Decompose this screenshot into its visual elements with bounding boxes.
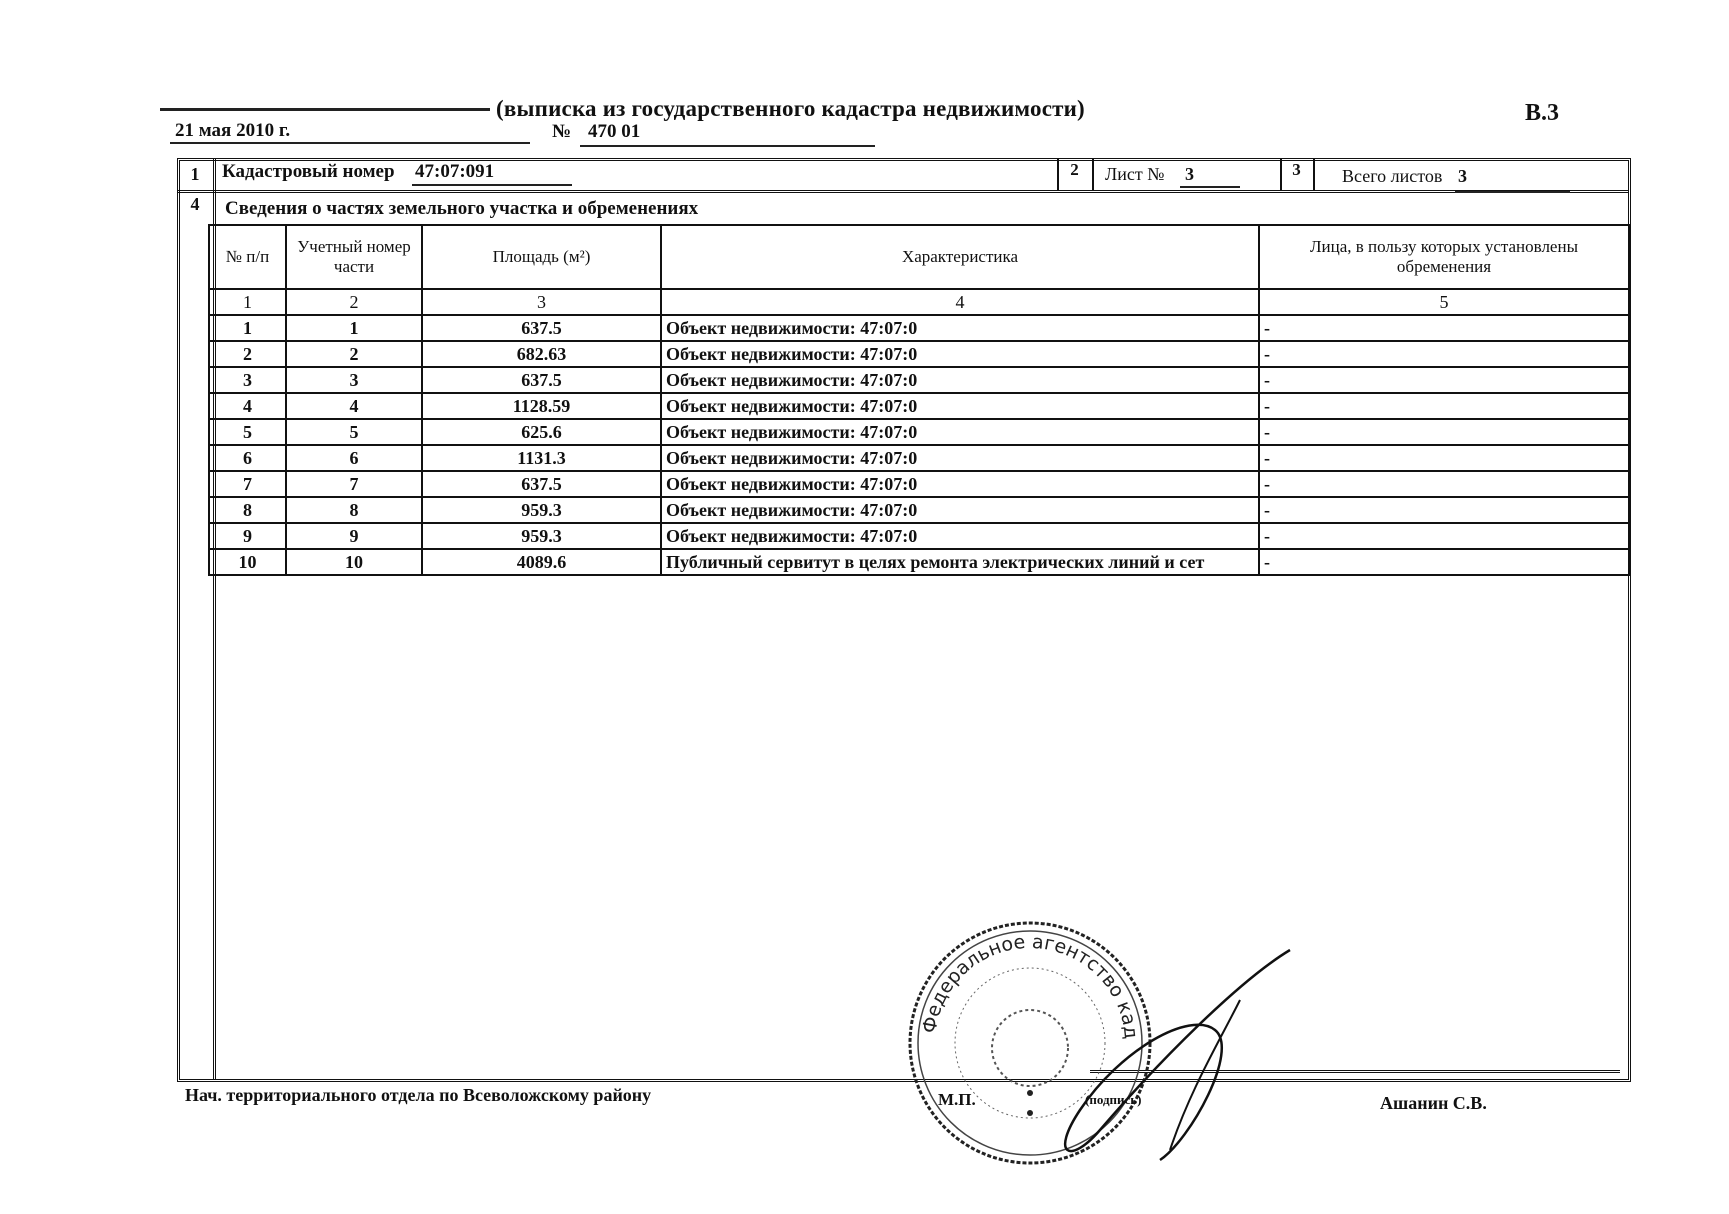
cadastral-underline bbox=[412, 184, 572, 186]
characteristic-cell: Объект недвижимости: 47:07:0 bbox=[661, 523, 1259, 549]
section-title: Сведения о частях земельного участка и о… bbox=[225, 198, 698, 220]
column-number: 2 bbox=[286, 289, 422, 315]
beneficiary-cell: - bbox=[1259, 471, 1629, 497]
row1-divider bbox=[177, 190, 1628, 193]
index-cell: 6 bbox=[209, 445, 286, 471]
beneficiary-cell: - bbox=[1259, 419, 1629, 445]
signer-position: Нач. территориального отдела по Всеволож… bbox=[185, 1085, 651, 1106]
index-cell: 2 bbox=[209, 341, 286, 367]
table-row: 441128.59Объект недвижимости: 47:07:0- bbox=[209, 393, 1629, 419]
index-cell: 9 bbox=[209, 523, 286, 549]
table-row: 22682.63Объект недвижимости: 47:07:0- bbox=[209, 341, 1629, 367]
sheet-index: 2 bbox=[1057, 160, 1092, 180]
beneficiary-cell: - bbox=[1259, 393, 1629, 419]
part-number-cell: 6 bbox=[286, 445, 422, 471]
beneficiary-cell: - bbox=[1259, 315, 1629, 341]
characteristic-cell: Объект недвижимости: 47:07:0 bbox=[661, 393, 1259, 419]
redacted-area bbox=[948, 523, 1259, 549]
document-number-label: № bbox=[552, 121, 571, 143]
total-index: 3 bbox=[1280, 160, 1313, 180]
part-number-cell: 4 bbox=[286, 393, 422, 419]
table-row: 11637.5Объект недвижимости: 47:07:0- bbox=[209, 315, 1629, 341]
part-number-cell: 10 bbox=[286, 549, 422, 575]
characteristic-cell: Объект недвижимости: 47:07:0 bbox=[661, 419, 1259, 445]
redacted-area bbox=[948, 367, 1259, 393]
beneficiary-cell: - bbox=[1259, 445, 1629, 471]
beneficiary-cell: - bbox=[1259, 367, 1629, 393]
signature-icon bbox=[1040, 940, 1300, 1170]
area-cell: 637.5 bbox=[422, 315, 661, 341]
header-part-number: Учетный номер части bbox=[286, 225, 422, 289]
divider bbox=[1092, 158, 1094, 190]
characteristic-cell: Объект недвижимости: 47:07:0 bbox=[661, 445, 1259, 471]
area-cell: 625.6 bbox=[422, 419, 661, 445]
index-cell: 1 bbox=[209, 315, 286, 341]
column-number: 4 bbox=[661, 289, 1259, 315]
cadastral-number: 47:07:091 bbox=[415, 161, 494, 183]
document-date: 21 мая 2010 г. bbox=[175, 120, 290, 142]
total-sheets: 3 bbox=[1458, 166, 1467, 187]
table-row: 661131.3Объект недвижимости: 47:07:0- bbox=[209, 445, 1629, 471]
document-number: 470 01 bbox=[588, 121, 640, 143]
column-number: 5 bbox=[1259, 289, 1629, 315]
parts-table: № п/п Учетный номер части Площадь (м²) Х… bbox=[208, 224, 1630, 576]
area-cell: 959.3 bbox=[422, 523, 661, 549]
part-number-cell: 2 bbox=[286, 341, 422, 367]
characteristic-cell: Объект недвижимости: 47:07:0 bbox=[661, 315, 1259, 341]
total-sheets-label: Всего листов bbox=[1342, 166, 1442, 187]
area-cell: 682.63 bbox=[422, 341, 661, 367]
characteristic-cell: Объект недвижимости: 47:07:0 bbox=[661, 471, 1259, 497]
redacted-area bbox=[948, 315, 1259, 341]
document-title: (выписка из государственного кадастра не… bbox=[160, 96, 1410, 122]
beneficiary-cell: - bbox=[1259, 523, 1629, 549]
characteristic-cell: Публичный сервитут в целях ремонта элект… bbox=[661, 549, 1259, 575]
index-cell: 10 bbox=[209, 549, 286, 575]
area-cell: 959.3 bbox=[422, 497, 661, 523]
part-number-cell: 3 bbox=[286, 367, 422, 393]
redacted-area bbox=[948, 471, 1259, 497]
section4-index: 4 bbox=[177, 194, 213, 215]
index-cell: 7 bbox=[209, 471, 286, 497]
table-row: 10104089.6Публичный сервитут в целях рем… bbox=[209, 549, 1629, 575]
table-row: 99959.3Объект недвижимости: 47:07:0- bbox=[209, 523, 1629, 549]
redacted-area bbox=[948, 419, 1259, 445]
part-number-cell: 1 bbox=[286, 315, 422, 341]
table-row: 88959.3Объект недвижимости: 47:07:0- bbox=[209, 497, 1629, 523]
form-code: В.3 bbox=[1525, 100, 1559, 127]
table-row: 33637.5Объект недвижимости: 47:07:0- bbox=[209, 367, 1629, 393]
column-number-row: 1 2 3 4 5 bbox=[209, 289, 1629, 315]
column-number: 3 bbox=[422, 289, 661, 315]
beneficiary-cell: - bbox=[1259, 497, 1629, 523]
header-characteristic: Характеристика bbox=[661, 225, 1259, 289]
area-cell: 637.5 bbox=[422, 471, 661, 497]
sheet-number: 3 bbox=[1185, 164, 1194, 185]
document-title-text: (выписка из государственного кадастра не… bbox=[496, 96, 1085, 121]
sheet-underline bbox=[1180, 186, 1240, 188]
sheet-number-label: Лист № bbox=[1105, 164, 1164, 185]
number-underline bbox=[580, 145, 875, 147]
date-underline bbox=[170, 142, 530, 144]
stamp-place-label: М.П. bbox=[938, 1090, 976, 1110]
index-cell: 4 bbox=[209, 393, 286, 419]
total-underline bbox=[1455, 191, 1570, 193]
table-row: 55625.6Объект недвижимости: 47:07:0- bbox=[209, 419, 1629, 445]
index-cell: 8 bbox=[209, 497, 286, 523]
characteristic-cell: Объект недвижимости: 47:07:0 bbox=[661, 341, 1259, 367]
cadastral-number-label: Кадастровый номер bbox=[222, 161, 395, 183]
characteristic-cell: Объект недвижимости: 47:07:0 bbox=[661, 497, 1259, 523]
area-cell: 637.5 bbox=[422, 367, 661, 393]
part-number-cell: 7 bbox=[286, 471, 422, 497]
redacted-area bbox=[948, 341, 1259, 367]
part-number-cell: 5 bbox=[286, 419, 422, 445]
divider bbox=[1313, 158, 1315, 190]
signature-label: (подпись) bbox=[1085, 1092, 1141, 1108]
table-header-row: № п/п Учетный номер части Площадь (м²) Х… bbox=[209, 225, 1629, 289]
index-cell: 5 bbox=[209, 419, 286, 445]
characteristic-cell: Объект недвижимости: 47:07:0 bbox=[661, 367, 1259, 393]
signer-name: Ашанин С.В. bbox=[1380, 1093, 1487, 1114]
part-number-cell: 8 bbox=[286, 497, 422, 523]
beneficiary-cell: - bbox=[1259, 341, 1629, 367]
title-obscured-part bbox=[160, 98, 490, 111]
part-number-cell: 9 bbox=[286, 523, 422, 549]
area-cell: 4089.6 bbox=[422, 549, 661, 575]
header-area: Площадь (м²) bbox=[422, 225, 661, 289]
area-cell: 1128.59 bbox=[422, 393, 661, 419]
beneficiary-cell: - bbox=[1259, 549, 1629, 575]
header-index: № п/п bbox=[209, 225, 286, 289]
table-row: 77637.5Объект недвижимости: 47:07:0- bbox=[209, 471, 1629, 497]
redacted-area bbox=[948, 497, 1259, 523]
column-number: 1 bbox=[209, 289, 286, 315]
redacted-area bbox=[948, 445, 1259, 471]
redacted-area bbox=[948, 393, 1259, 419]
row1-index: 1 bbox=[177, 158, 213, 190]
area-cell: 1131.3 bbox=[422, 445, 661, 471]
header-beneficiaries: Лица, в пользу которых установлены обрем… bbox=[1259, 225, 1629, 289]
index-cell: 3 bbox=[209, 367, 286, 393]
